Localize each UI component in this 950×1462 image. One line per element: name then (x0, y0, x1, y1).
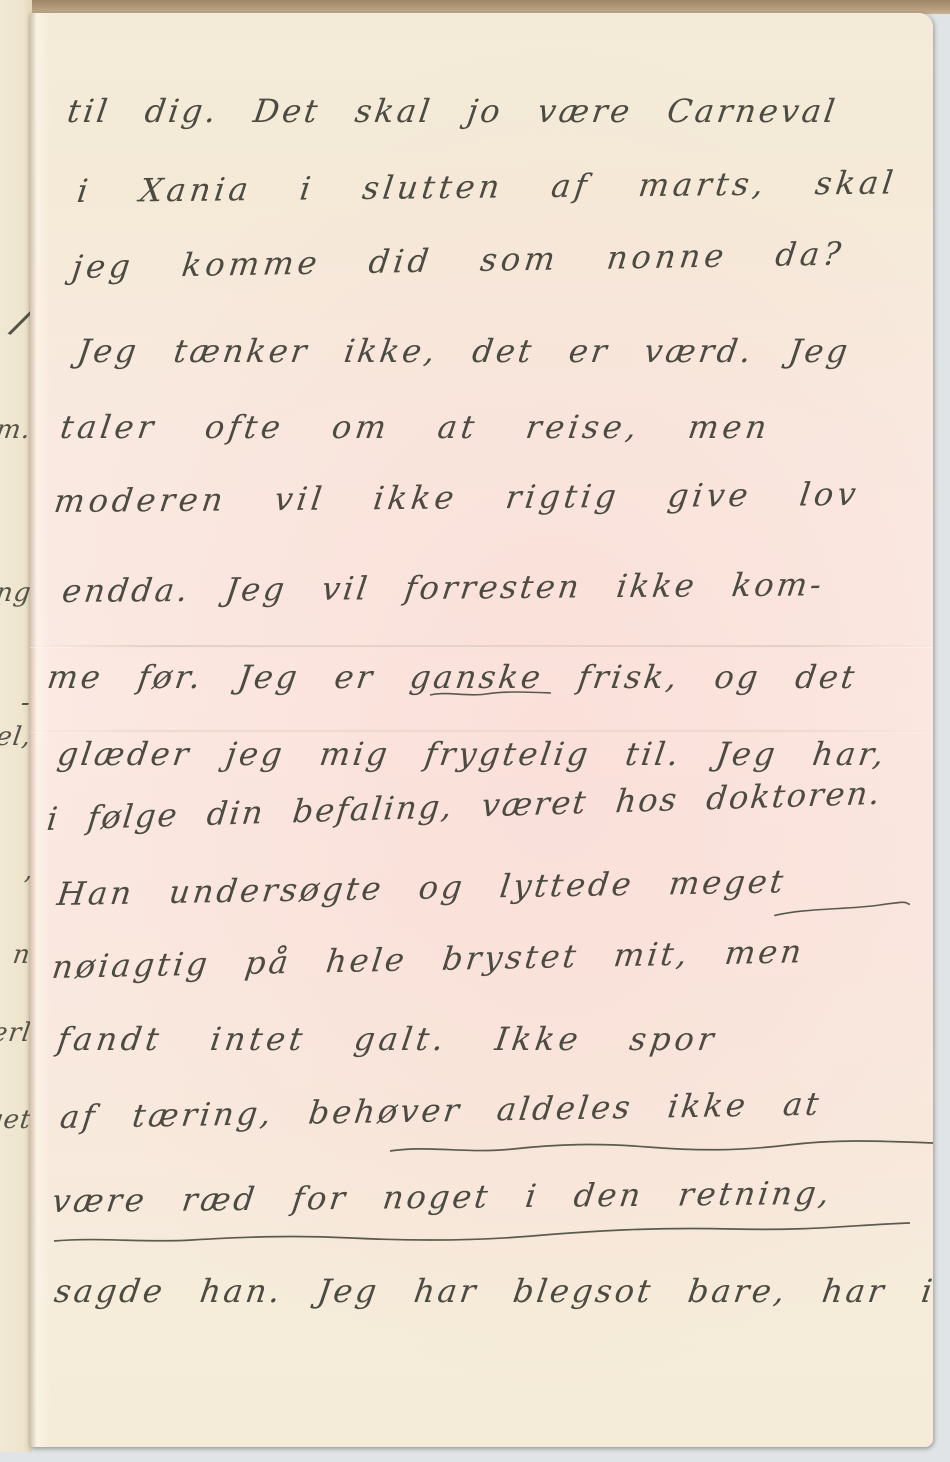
handwritten-line: fandt intet galt. Ikke spor (55, 1020, 720, 1058)
edge-text-fragment: get (0, 1105, 32, 1135)
horizontal-crease (30, 730, 933, 733)
letter-sheet: til dig. Det skal jo være Carneval i Xan… (30, 13, 933, 1447)
handwritten-line: endda. Jeg vil forresten ikke kom- (60, 565, 827, 610)
edge-text-fragment: ng (0, 578, 32, 608)
handwritten-line: af tæring, behøver aldeles ikke at (58, 1085, 824, 1136)
page-top-edge-shadow (22, 0, 950, 14)
handwritten-line: Han undersøgte og lyttede meget (55, 862, 788, 913)
handwritten-line: Jeg tænker ikke, det er værd. Jeg (75, 332, 853, 370)
handwritten-line: taler ofte om at reise, men (58, 408, 773, 446)
handwritten-line: moderen vil ikke rigtig give lov (52, 475, 862, 520)
edge-text-fragment: m. (0, 415, 32, 445)
handwritten-line: være ræd for noget i den retning, (50, 1174, 834, 1220)
handwritten-line: til dig. Det skal jo være Carneval (65, 92, 840, 130)
underlying-page-strip: / m. ng - tel, ’ n ærl get (0, 0, 32, 1452)
emphasis-underline-long-2 (52, 1217, 912, 1247)
handwritten-line: i Xania i slutten af marts, skal (75, 163, 899, 210)
emphasis-underline-meget (772, 899, 912, 918)
edge-text-fragment: n (11, 940, 32, 970)
edge-text-fragment: tel, (0, 722, 32, 752)
handwritten-line: sagde han. Jeg har blegsot bare, har i (52, 1272, 933, 1310)
edge-text-fragment: / (9, 294, 32, 345)
handwritten-line: glæder jeg mig frygtelig til. Jeg har, (55, 735, 889, 773)
emphasis-underline-long-1 (388, 1137, 933, 1157)
emphasis-underline-ganske (428, 689, 553, 699)
scanned-letter-page: / m. ng - tel, ’ n ærl get til dig. Det … (0, 0, 950, 1462)
handwritten-line: jeg komme did som nonne da? (70, 235, 847, 286)
handwritten-line: i følge din befaling, været hos doktoren… (45, 774, 884, 838)
handwritten-line: nøiagtig på hele brystet mit, men (50, 932, 806, 986)
edge-text-fragment: ærl (0, 1018, 32, 1048)
horizontal-crease (30, 645, 933, 648)
